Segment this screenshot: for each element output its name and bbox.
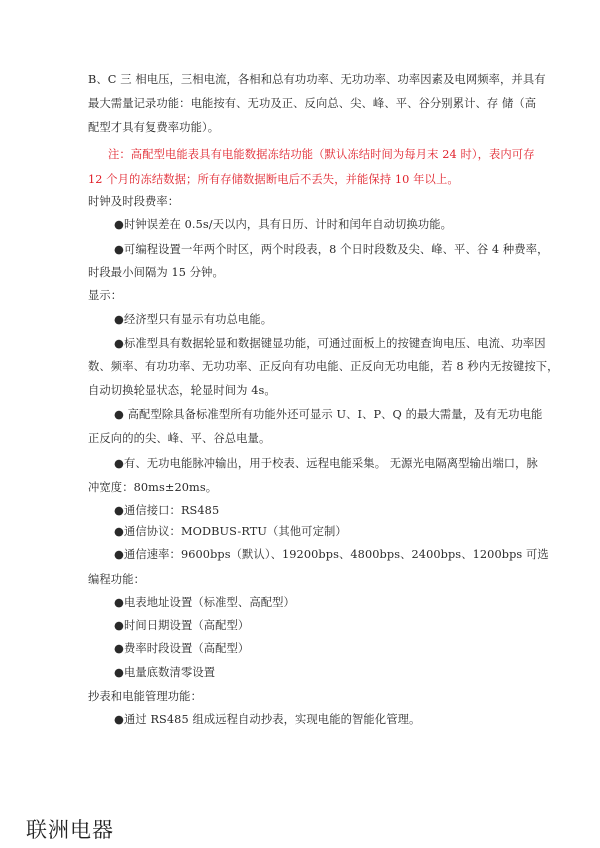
section-heading-display: 显示： <box>88 289 518 303</box>
bullet-high-config-line-2: 正反向的的尖、峰、平、谷总电量。 <box>88 432 518 446</box>
footer-brand: 联洲电器 <box>26 814 114 844</box>
bullet-comm-protocol: ●通信协议：MODBUS-RTU（其他可定制） <box>114 525 544 539</box>
bullet-datetime: ●时间日期设置（高配型） <box>114 619 544 633</box>
bullet-comm-baudrate: ●通信速率：9600bps（默认）、19200bps、4800bps、2400b… <box>114 548 544 562</box>
intro-line-3: 配型才具有复费率功能）。 <box>88 121 518 135</box>
bullet-pulse-output-line-2: 冲宽度：80ms±20ms。 <box>88 481 518 495</box>
bullet-clock-error: ●时钟误差在 0.5s/天以内，具有日历、计时和闰年自动切换功能。 <box>114 218 544 232</box>
bullet-programmable-line-1: ●可编程设置一年两个时区，两个时段表，8 个日时段数及尖、峰、平、谷 4 种费率… <box>114 243 518 257</box>
bullet-meter-address: ●电表地址设置（标准型、高配型） <box>114 596 544 610</box>
intro-line-2: 最大需量记录功能：电能按有、无功及正、反向总、尖、峰、平、谷分别累计、存 储（高 <box>88 97 518 111</box>
section-heading-meter-reading: 抄表和电能管理功能： <box>88 690 518 704</box>
bullet-remote-reading: ●通过 RS485 组成远程自动抄表，实现电能的智能化管理。 <box>114 713 544 727</box>
bullet-economy-display: ●经济型只有显示有功总电能。 <box>114 313 544 327</box>
bullet-comm-interface: ●通信接口：RS485 <box>114 504 544 518</box>
note-line-1: 注：高配型电能表具有电能数据冻结功能（默认冻结时间为每月末 24 时），表内可存 <box>108 148 518 162</box>
bullet-high-config-line-1: ● 高配型除具备标准型所有功能外还可显示 U、I、P、Q 的最大需量，及有无功电… <box>114 408 518 422</box>
note-line-2: 12 个月的冻结数据；所有存储数据断电后不丢失，并能保持 10 年以上。 <box>88 173 518 187</box>
bullet-energy-reset: ●电量底数清零设置 <box>114 666 544 680</box>
intro-line-1: B、C 三 相电压，三相电流，各相和总有功功率、无功功率、功率因素及电网频率，并… <box>88 73 518 87</box>
bullet-standard-line-2: 数、频率、有功功率、无功功率、正反向有功电能、正反向无功电能，若 8 秒内无按键… <box>88 360 518 374</box>
section-heading-clock: 时钟及时段费率： <box>88 195 518 209</box>
bullet-standard-line-1: ●标准型具有数据轮显和数据键显功能，可通过面板上的按键查询电压、电流、功率因 <box>114 337 518 351</box>
section-heading-programming: 编程功能： <box>88 573 518 587</box>
bullet-standard-line-3: 自动切换轮显状态，轮显时间为 4s。 <box>88 384 518 398</box>
bullet-pulse-output-line-1: ●有、无功电能脉冲输出，用于校表、远程电能采集。 无源光电隔离型输出端口，脉 <box>114 457 518 471</box>
document-page: B、C 三 相电压，三相电流，各相和总有功功率、无功功率、功率因素及电网频率，并… <box>0 0 600 848</box>
bullet-programmable-line-2: 时段最小间隔为 15 分钟。 <box>88 266 518 280</box>
bullet-tariff-period: ●费率时段设置（高配型） <box>114 642 544 656</box>
